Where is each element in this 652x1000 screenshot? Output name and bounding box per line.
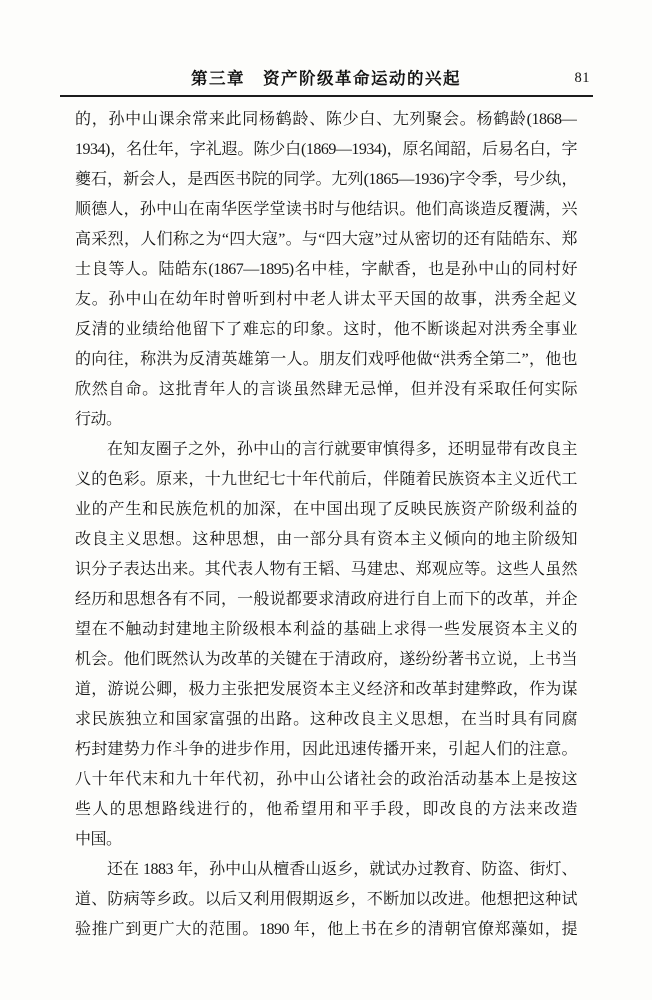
text-line: 业的产生和民族危机的加深，在中国出现了反映民族资产阶级利益的 (75, 495, 577, 525)
text-line: 求民族独立和国家富强的出路。这种改良主义思想，在当时具有同腐 (75, 705, 577, 735)
text-line: 夔石，新会人，是西医书院的同学。尢列(1865—1936)字令季，号少纨， (75, 165, 577, 195)
text-line: 行动。 (75, 405, 577, 435)
text-line: 友。孙中山在幼年时曾听到村中老人讲太平天国的故事，洪秀全起义 (75, 285, 577, 315)
text-line: 中国。 (75, 825, 577, 855)
text-line: 士良等人。陆皓东(1867—1895)名中桂，字献香，也是孙中山的同村好 (75, 255, 577, 285)
text-line: 验推广到更广大的范围。1890 年，他上书在乡的清朝官僚郑藻如，提 (75, 915, 577, 945)
body-text: 的，孙中山课余常来此同杨鹤龄、陈少白、尢列聚会。杨鹤龄(1868— 1934)，… (75, 105, 577, 945)
paragraph-3: 还在 1883 年，孙中山从檀香山返乡，就试办过教育、防盗、街灯、清 道、防病等… (75, 855, 577, 945)
text-line: 的，孙中山课余常来此同杨鹤龄、陈少白、尢列聚会。杨鹤龄(1868— (75, 105, 577, 135)
text-line: 道、防病等乡政。以后又利用假期返乡，不断加以改进。他想把这种试 (75, 885, 577, 915)
header-rule (60, 95, 593, 97)
text-line: 高采烈，人们称之为“四大寇”。与“四大寇”过从密切的还有陆皓东、郑 (75, 225, 577, 255)
book-page: 第三章 资产阶级革命运动的兴起 81 的，孙中山课余常来此同杨鹤龄、陈少白、尢列… (0, 0, 652, 1000)
text-line: 欣然自命。这批青年人的言谈虽然肆无忌惮，但并没有采取任何实际 (75, 375, 577, 405)
text-line: 识分子表达出来。其代表人物有王韬、马建忠、郑观应等。这些人虽然 (75, 555, 577, 585)
text-line: 望在不触动封建地主阶级根本利益的基础上求得一些发展资本主义的 (75, 615, 577, 645)
text-line: 顺德人，孙中山在南华医学堂读书时与他结识。他们高谈造反覆满，兴 (75, 195, 577, 225)
text-line: 朽封建势力作斗争的进步作用，因此迅速传播开来，引起人们的注意。 (75, 735, 577, 765)
paragraph-2: 在知友圈子之外，孙中山的言行就要审慎得多，还明显带有改良主 义的色彩。原来，十九… (75, 435, 577, 855)
text-line: 义的色彩。原来，十九世纪七十年代前后，伴随着民族资本主义近代工 (75, 465, 577, 495)
text-line: 机会。他们既然认为改革的关键在于清政府，遂纷纷著书立说，上书当 (75, 645, 577, 675)
paragraph-1: 的，孙中山课余常来此同杨鹤龄、陈少白、尢列聚会。杨鹤龄(1868— 1934)，… (75, 105, 577, 435)
text-line: 些人的思想路线进行的，他希望用和平手段，即改良的方法来改造 (75, 795, 577, 825)
text-line: 经历和思想各有不同，一般说都要求清政府进行自上而下的改革，并企 (75, 585, 577, 615)
text-line: 改良主义思想。这种思想，由一部分具有资本主义倾向的地主阶级知 (75, 525, 577, 555)
chapter-heading: 第三章 资产阶级革命运动的兴起 (60, 66, 592, 92)
running-header: 第三章 资产阶级革命运动的兴起 81 (60, 66, 592, 92)
text-line: 反清的业绩给他留下了难忘的印象。这时，他不断谈起对洪秀全事业 (75, 315, 577, 345)
page-number: 81 (575, 70, 591, 87)
text-line: 的向往，称洪为反清英雄第一人。朋友们戏呼他做“洪秀全第二”，他也 (75, 345, 577, 375)
text-line: 还在 1883 年，孙中山从檀香山返乡，就试办过教育、防盗、街灯、清 (75, 855, 577, 885)
text-line: 八十年代末和九十年代初，孙中山公诸社会的政治活动基本上是按这 (75, 765, 577, 795)
text-line: 1934)，名仕年，字礼遐。陈少白(1869—1934)，原名闻韶，后易名白，字 (75, 135, 577, 165)
text-line: 在知友圈子之外，孙中山的言行就要审慎得多，还明显带有改良主 (75, 435, 577, 465)
text-line: 道，游说公卿，极力主张把发展资本主义经济和改革封建弊政，作为谋 (75, 675, 577, 705)
